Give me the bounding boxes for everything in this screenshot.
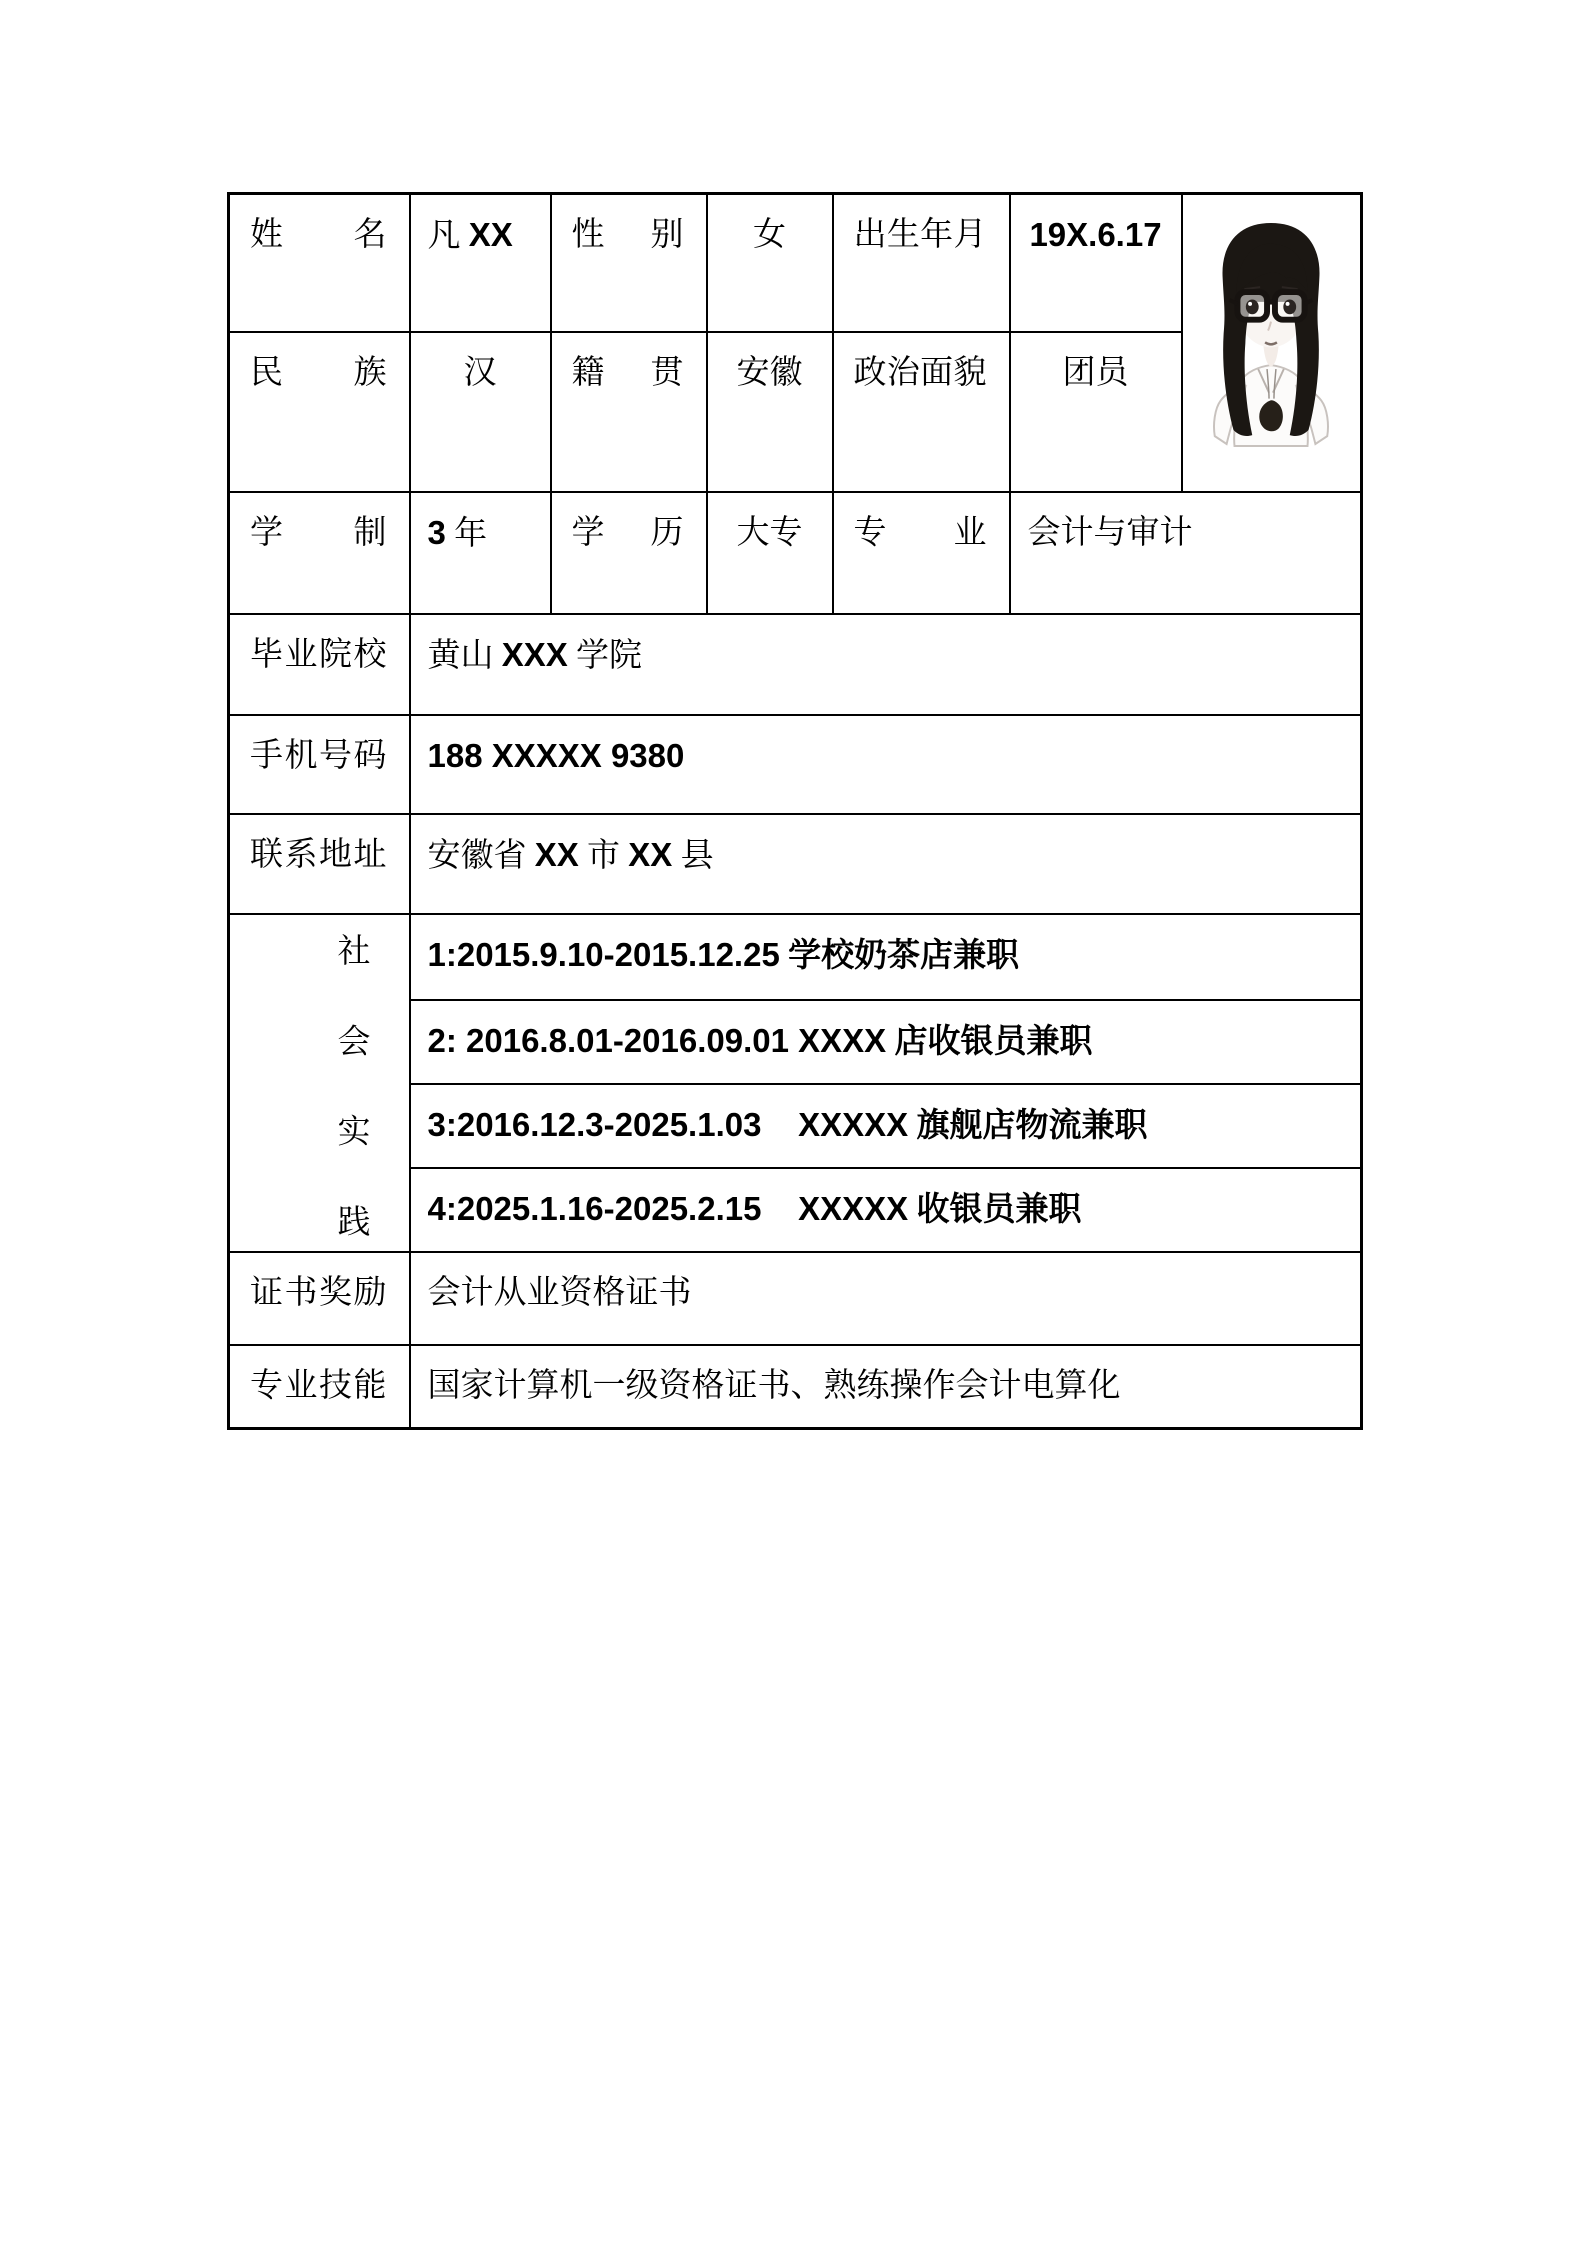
social-practice-label: 社会实践 bbox=[229, 914, 410, 1252]
social-practice-entry-4: 4:2025.1.16-2025.2.15 XXXXX 收银员兼职 bbox=[410, 1168, 1362, 1252]
social-practice-label-text: 社会实践 bbox=[230, 915, 409, 1251]
native-place-value: 安徽 bbox=[707, 332, 833, 492]
address-value: 安徽省 XX 市 XX 县 bbox=[410, 814, 1362, 914]
birth-date-value: 19X.6.17 bbox=[1010, 194, 1182, 332]
row-graduate-school: 毕业院校 黄山 XXX 学院 bbox=[229, 614, 1362, 715]
social-practice-entry-1: 1:2015.9.10-2015.12.25 学校奶茶店兼职 bbox=[410, 914, 1362, 1000]
phone-label: 手机号码 bbox=[229, 715, 410, 814]
schooling-length-value: 3 年 bbox=[410, 492, 551, 614]
row-certificates: 证书奖励 会计从业资格证书 bbox=[229, 1252, 1362, 1345]
row-practice-1: 社会实践 1:2015.9.10-2015.12.25 学校奶茶店兼职 bbox=[229, 914, 1362, 1000]
gender-value: 女 bbox=[707, 194, 833, 332]
skills-label: 专业技能 bbox=[229, 1345, 410, 1429]
resume-page: 姓名 凡 XX 性别 女 出生年月 19X.6.17 bbox=[0, 0, 1587, 2245]
row-address: 联系地址 安徽省 XX 市 XX 县 bbox=[229, 814, 1362, 914]
native-place-label: 籍贯 bbox=[551, 332, 707, 492]
row-education: 学制 3 年 学历 大专 专业 会计与审计 bbox=[229, 492, 1362, 614]
certificates-label: 证书奖励 bbox=[229, 1252, 410, 1345]
major-value: 会计与审计 bbox=[1010, 492, 1362, 614]
social-practice-entry-3: 3:2016.12.3-2025.1.03 XXXXX 旗舰店物流兼职 bbox=[410, 1084, 1362, 1168]
education-level-label: 学历 bbox=[551, 492, 707, 614]
certificates-value: 会计从业资格证书 bbox=[410, 1252, 1362, 1345]
graduate-school-label: 毕业院校 bbox=[229, 614, 410, 715]
social-practice-entry-2: 2: 2016.8.01-2016.09.01 XXXX 店收银员兼职 bbox=[410, 1000, 1362, 1084]
profile-photo bbox=[1182, 194, 1362, 492]
girl-portrait-icon bbox=[1197, 217, 1345, 449]
row-basic-1: 姓名 凡 XX 性别 女 出生年月 19X.6.17 bbox=[229, 194, 1362, 332]
row-skills: 专业技能 国家计算机一级资格证书、熟练操作会计电算化 bbox=[229, 1345, 1362, 1429]
graduate-school-value: 黄山 XXX 学院 bbox=[410, 614, 1362, 715]
address-label: 联系地址 bbox=[229, 814, 410, 914]
name-label: 姓名 bbox=[229, 194, 410, 332]
gender-label: 性别 bbox=[551, 194, 707, 332]
political-status-label: 政治面貌 bbox=[833, 332, 1010, 492]
political-status-value: 团员 bbox=[1010, 332, 1182, 492]
major-label: 专业 bbox=[833, 492, 1010, 614]
ethnicity-label: 民族 bbox=[229, 332, 410, 492]
resume-table: 姓名 凡 XX 性别 女 出生年月 19X.6.17 bbox=[227, 192, 1363, 1430]
skills-value: 国家计算机一级资格证书、熟练操作会计电算化 bbox=[410, 1345, 1362, 1429]
name-value: 凡 XX bbox=[410, 194, 551, 332]
education-level-value: 大专 bbox=[707, 492, 833, 614]
ethnicity-value: 汉 bbox=[410, 332, 551, 492]
phone-value: 188 XXXXX 9380 bbox=[410, 715, 1362, 814]
schooling-length-label: 学制 bbox=[229, 492, 410, 614]
row-phone: 手机号码 188 XXXXX 9380 bbox=[229, 715, 1362, 814]
birth-date-label: 出生年月 bbox=[833, 194, 1010, 332]
